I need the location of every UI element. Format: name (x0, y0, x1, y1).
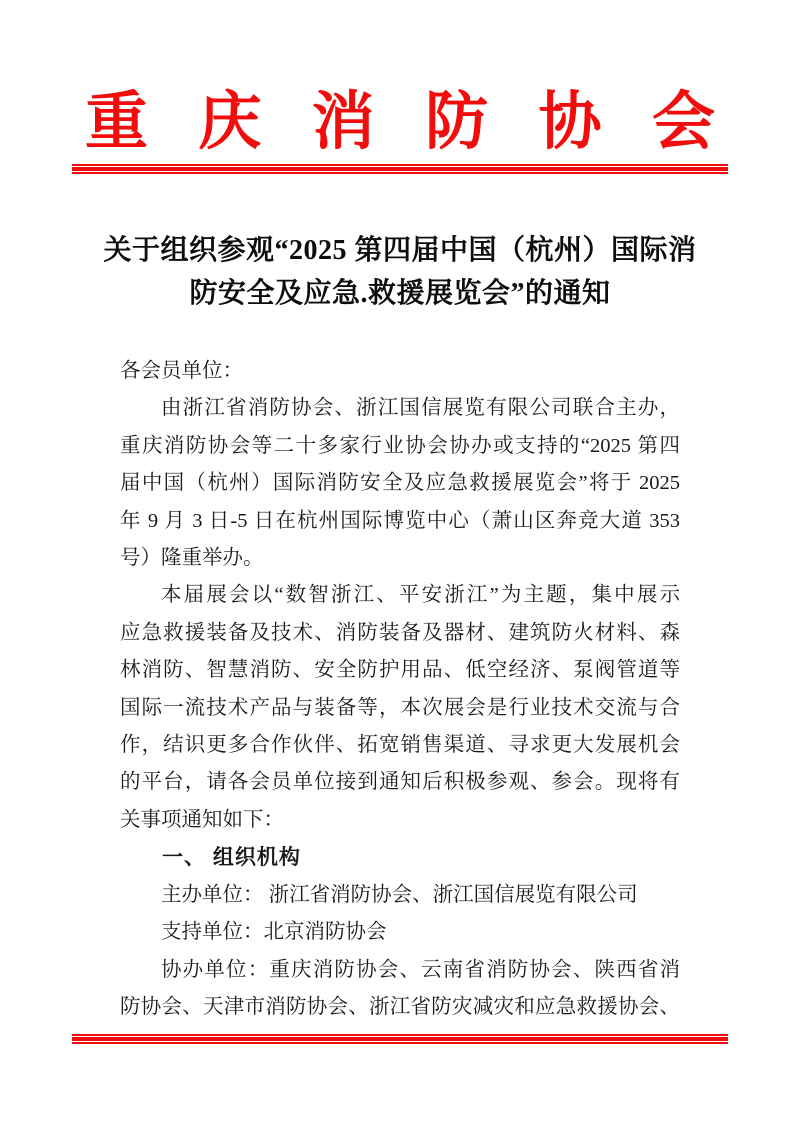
body-line: 号）隆重举办。 (120, 540, 680, 577)
body-line: 的平台，请各会员单位接到通知后积极参观、参会。现将有 (120, 764, 680, 801)
body-line: 由浙江省消防协会、浙江国信展览有限公司联合主办， (120, 390, 680, 427)
body-line: 协办单位：重庆消防协会、云南省消防协会、陕西省消 (120, 952, 680, 989)
body-line: 重庆消防协会等二十多家行业协会协办或支持的“2025 第四 (120, 428, 680, 465)
title-line: 防安全及应急.救援展览会”的通知 (60, 272, 740, 315)
body-line: 防协会、天津市消防协会、浙江省防灾减灾和应急救援协会、 (120, 989, 680, 1026)
body-line: 本届展会以“数智浙江、平安浙江”为主题，集中展示 (120, 577, 680, 614)
doc-body: 各会员单位：由浙江省消防协会、浙江国信展览有限公司联合主办，重庆消防协会等二十多… (120, 353, 680, 1026)
body-line: 林消防、智慧消防、安全防护用品、低空经济、泵阀管道等 (120, 652, 680, 689)
body-line: 届中国（杭州）国际消防安全及应急救援展览会”将于 2025 (120, 465, 680, 502)
body-line: 关事项通知如下： (120, 802, 680, 839)
org-name-char: 消 (312, 91, 375, 154)
body-line: 各会员单位： (120, 353, 680, 390)
title-line: 关于组织参观“2025 第四届中国（杭州）国际消 (60, 229, 740, 272)
body-line: 主办单位： 浙江省消防协会、浙江国信展览有限公司 (120, 877, 680, 914)
doc-title: 关于组织参观“2025 第四届中国（杭州）国际消防安全及应急.救援展览会”的通知 (60, 229, 740, 315)
footer-rule (72, 1034, 728, 1044)
body-line: 作，结识更多合作伙伴、拓宽销售渠道、寻求更大发展机会 (120, 727, 680, 764)
org-name-char: 防 (425, 91, 488, 154)
org-name-char: 协 (539, 91, 602, 154)
org-name-char: 会 (652, 91, 715, 154)
org-name: 重庆消防协会 (85, 84, 715, 160)
body-line: 年 9 月 3 日-5 日在杭州国际博览中心（萧山区奔竞大道 353 (120, 503, 680, 540)
section-heading: 一、 组织机构 (120, 839, 680, 876)
document-page: 重庆消防协会 关于组织参观“2025 第四届中国（杭州）国际消防安全及应急.救援… (0, 0, 800, 1131)
header-rule (72, 164, 728, 174)
body-line: 支持单位：北京消防协会 (120, 914, 680, 951)
org-name-char: 庆 (198, 91, 261, 154)
body-line: 应急救援装备及技术、消防装备及器材、建筑防火材料、森 (120, 615, 680, 652)
body-line: 国际一流技术产品与装备等，本次展会是行业技术交流与合 (120, 690, 680, 727)
org-name-char: 重 (85, 91, 148, 154)
